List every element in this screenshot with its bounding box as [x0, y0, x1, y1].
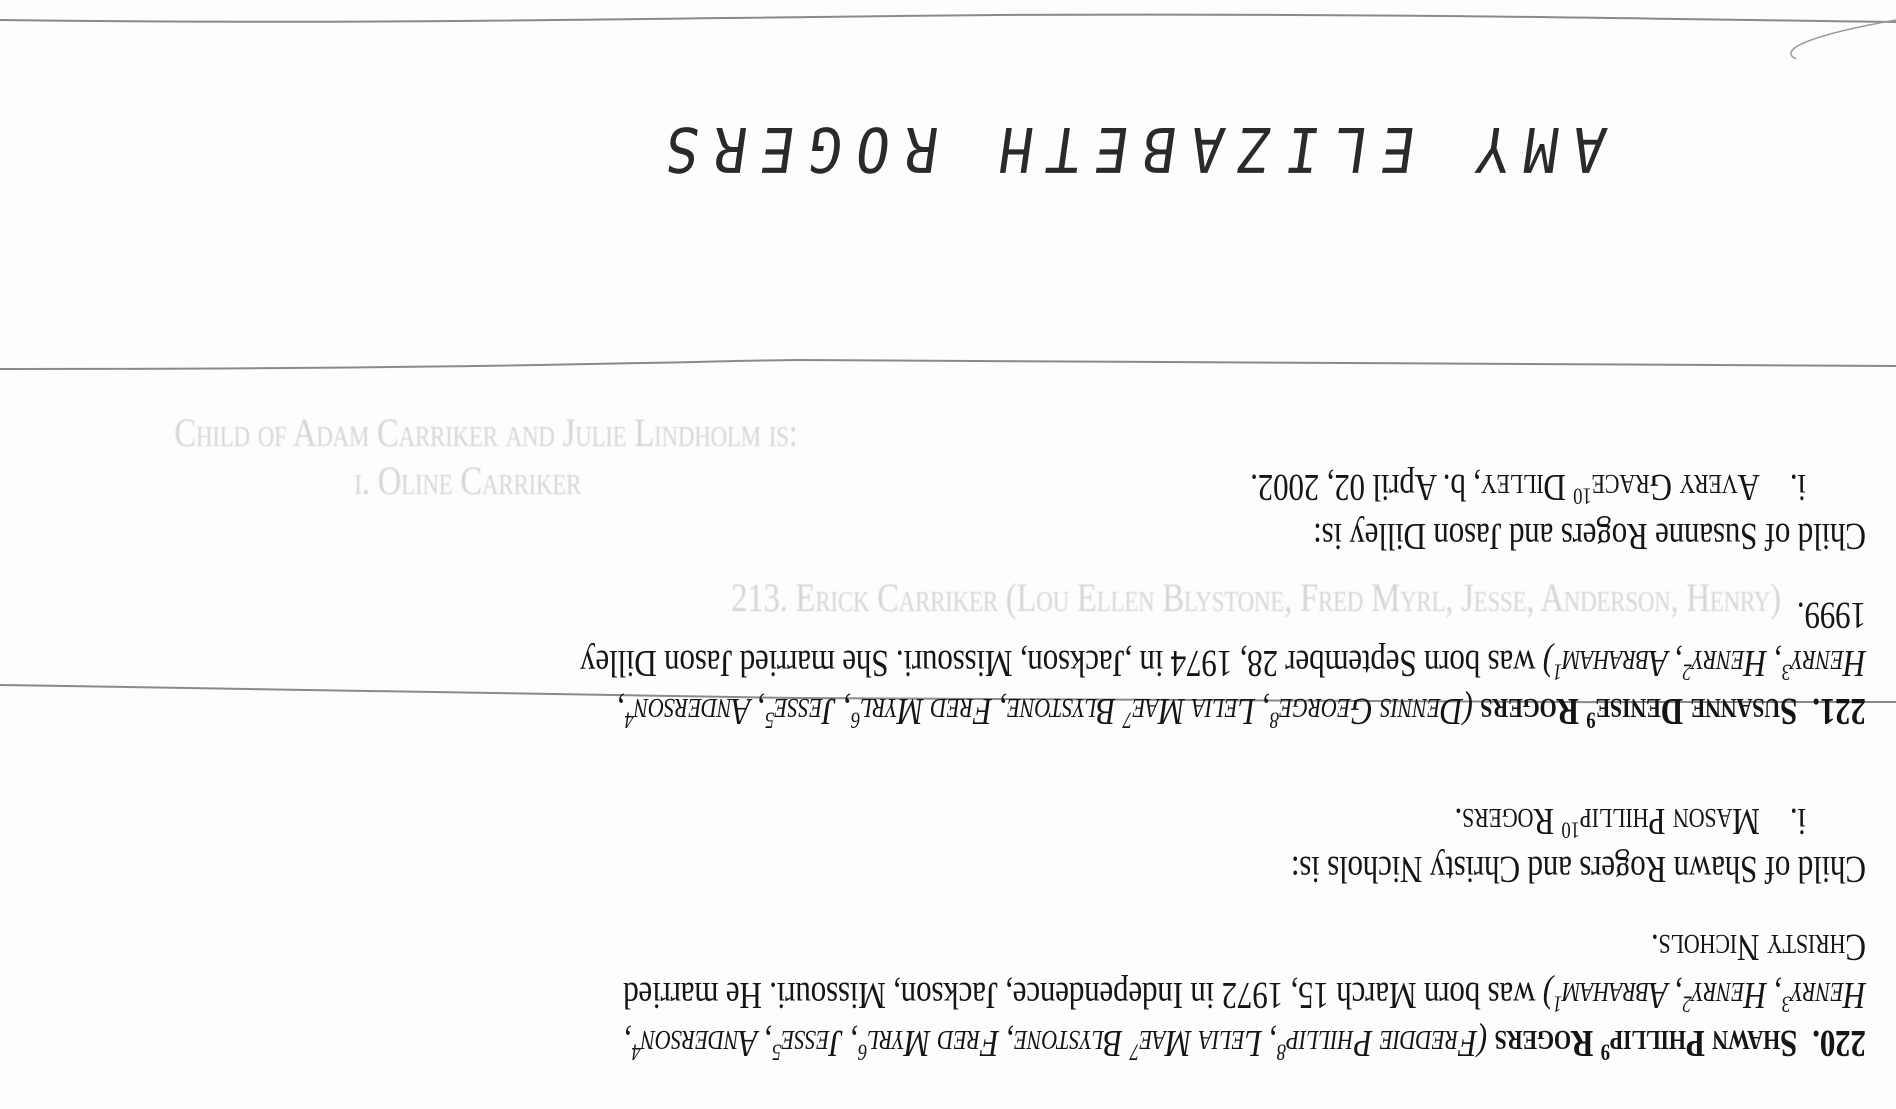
bleed-line-1: Child of Adam Carriker and Julie Lindhol…	[174, 411, 797, 455]
bleed-line-3: 213. Erick Carriker (Lou Ellen Blystone,…	[731, 576, 1781, 620]
bleed-line-2: i. Oline Carriker	[354, 459, 581, 503]
scanned-page: 220. Shawn Phillip9 Rogers (Freddie Phil…	[0, 0, 1896, 1109]
handwritten-name: AMY ELIZABETH ROGERS	[647, 113, 1611, 185]
